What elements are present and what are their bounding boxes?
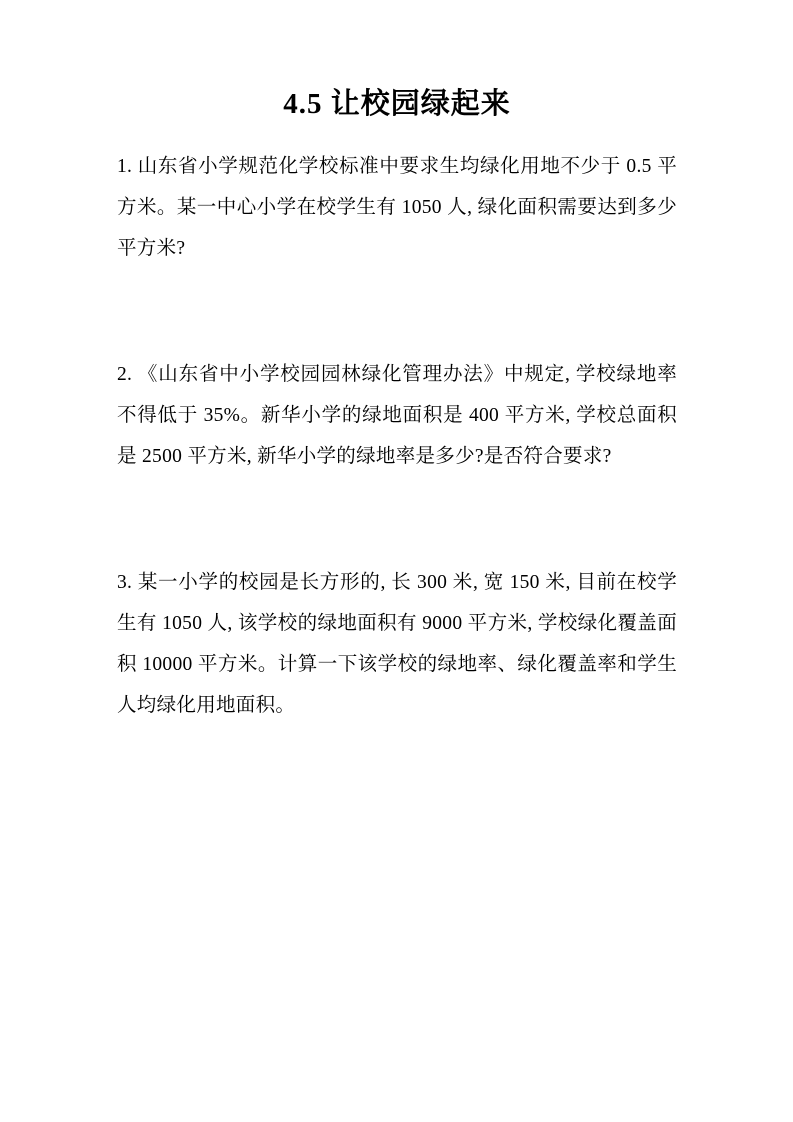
worksheet-title: 4.5 让校园绿起来 bbox=[117, 86, 677, 122]
problem-3: 3. 某一小学的校园是长方形的, 长 300 米, 宽 150 米, 目前在校学… bbox=[117, 562, 677, 726]
problem-2: 2. 《山东省中小学校园园林绿化管理办法》中规定, 学校绿地率不得低于 35%。… bbox=[117, 354, 677, 477]
document-page: 4.5 让校园绿起来 1. 山东省小学规范化学校标准中要求生均绿化用地不少于 0… bbox=[0, 0, 793, 1122]
problem-1: 1. 山东省小学规范化学校标准中要求生均绿化用地不少于 0.5 平方米。某一中心… bbox=[117, 146, 677, 269]
